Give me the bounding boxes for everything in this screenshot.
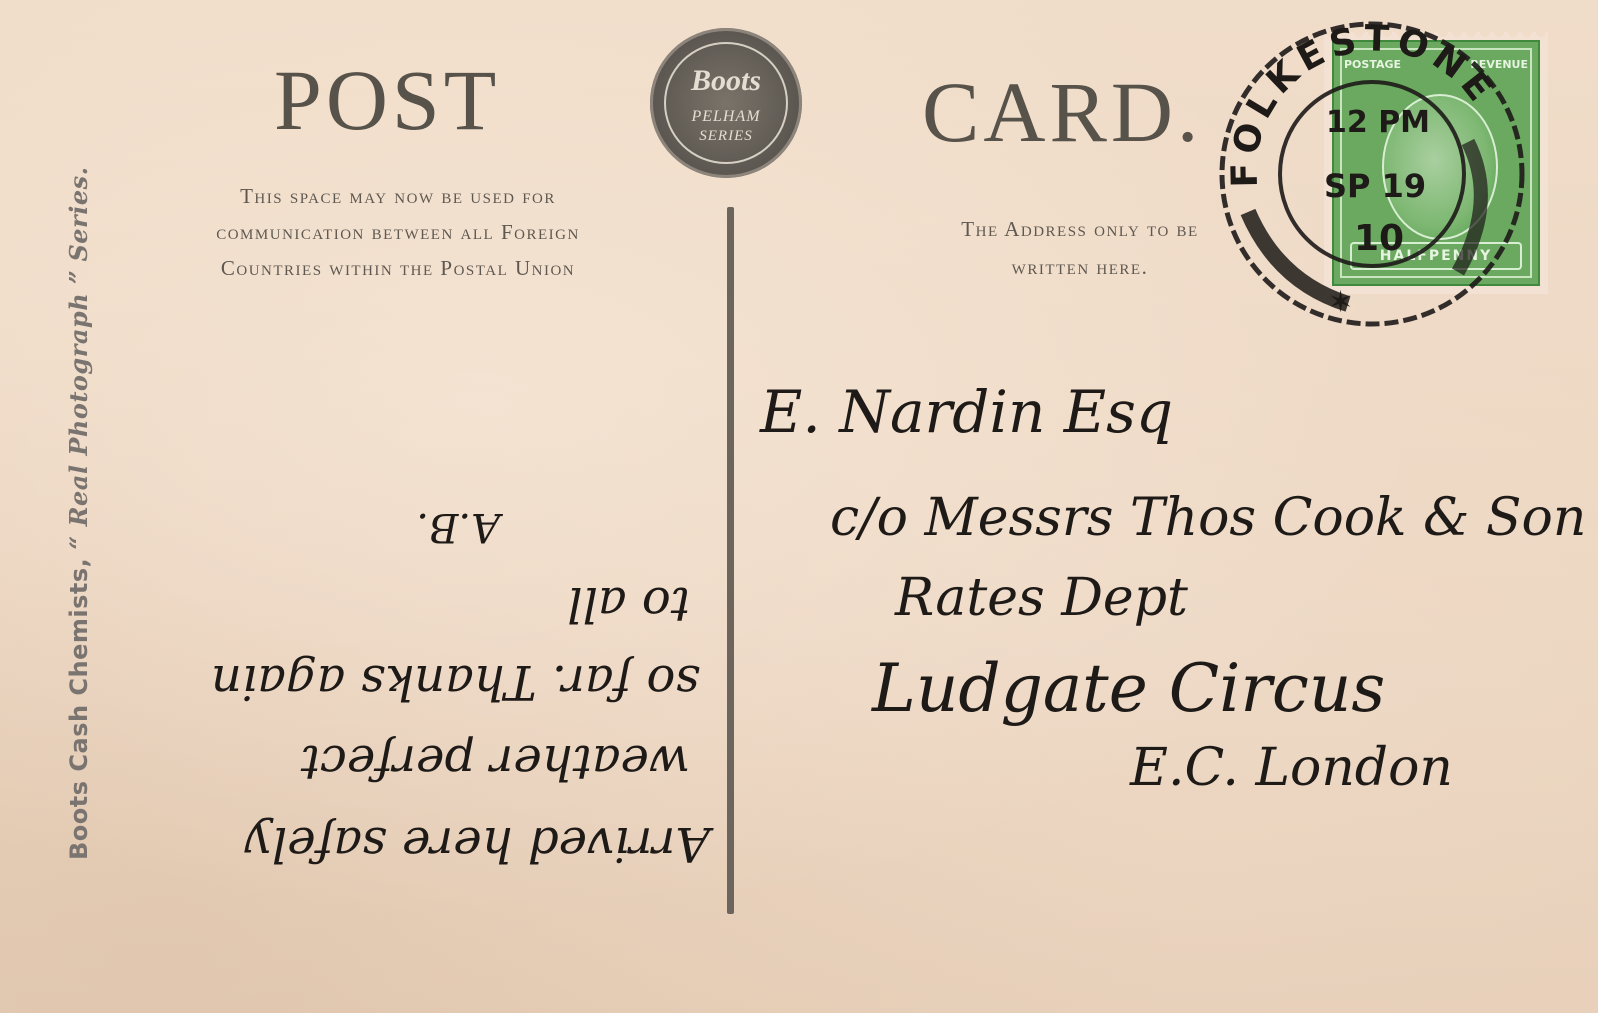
address-line: E.C. London <box>1130 738 1453 798</box>
handwritten-message: Arrived here safely weather perfect so f… <box>30 420 720 880</box>
message-line: to all <box>567 576 690 632</box>
emblem-ring <box>664 42 788 164</box>
message-line: so far. Thanks again <box>211 654 700 710</box>
publisher-series-suffix: Series. <box>64 167 93 262</box>
message-notice-line: communication between all Foreign <box>118 214 678 250</box>
address-line: E. Nardin Esq <box>760 378 1173 446</box>
address-line: Rates Dept <box>895 568 1188 628</box>
address-notice: The Address only to be written here. <box>880 210 1280 286</box>
address-line: Ludgate Circus <box>872 650 1385 727</box>
message-signature: A.B. <box>416 504 500 550</box>
message-notice-line: This space may now be used for <box>118 178 678 214</box>
center-divider <box>727 207 734 914</box>
boots-pelham-emblem: Boots PELHAM SERIES <box>650 28 802 178</box>
stamp-top-labels: POSTAGE REVENUE <box>1344 58 1528 71</box>
stamp-postage-label: POSTAGE <box>1344 58 1401 71</box>
message-line: Arrived here safely <box>245 816 710 872</box>
stamp-value: HALFPENNY <box>1350 242 1522 270</box>
message-notice: This space may now be used for communica… <box>118 178 678 286</box>
message-line: weather perfect <box>301 734 690 790</box>
stamp-revenue-label: REVENUE <box>1470 58 1528 71</box>
emblem-brand: Boots <box>650 64 802 98</box>
emblem-line1: PELHAM <box>650 108 802 126</box>
address-line: c/o Messrs Thos Cook & Son <box>830 488 1586 548</box>
king-portrait-icon <box>1382 94 1498 240</box>
emblem-line2: SERIES <box>650 128 802 145</box>
stamp-body: POSTAGE REVENUE HALFPENNY <box>1332 40 1540 286</box>
address-notice-line: written here. <box>880 248 1280 286</box>
heading-post: POST <box>274 50 500 150</box>
halfpenny-stamp: POSTAGE REVENUE HALFPENNY <box>1324 32 1548 294</box>
postcard-back: POST CARD. Boots PELHAM SERIES This spac… <box>0 0 1598 1013</box>
message-notice-line: Countries within the Postal Union <box>118 250 678 286</box>
address-notice-line: The Address only to be <box>880 210 1280 248</box>
heading-card: CARD. <box>922 62 1202 162</box>
